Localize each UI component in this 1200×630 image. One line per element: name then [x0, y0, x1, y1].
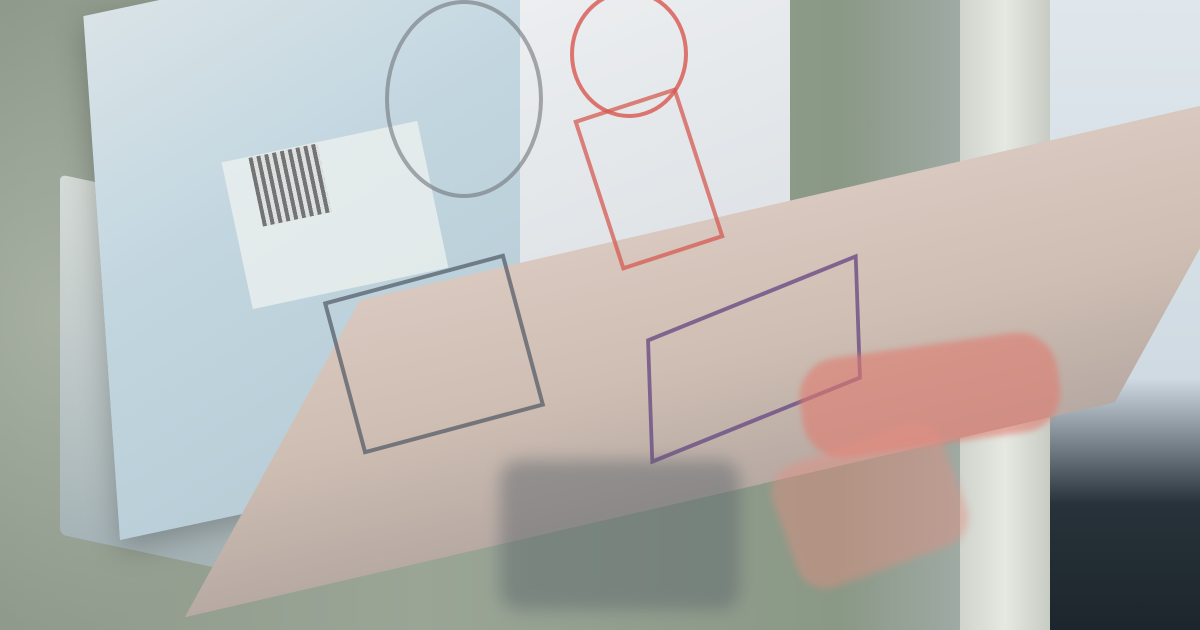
qr-code [248, 143, 331, 226]
round-gray-stamp [385, 0, 543, 198]
blurred-dark-stamp [500, 460, 740, 610]
